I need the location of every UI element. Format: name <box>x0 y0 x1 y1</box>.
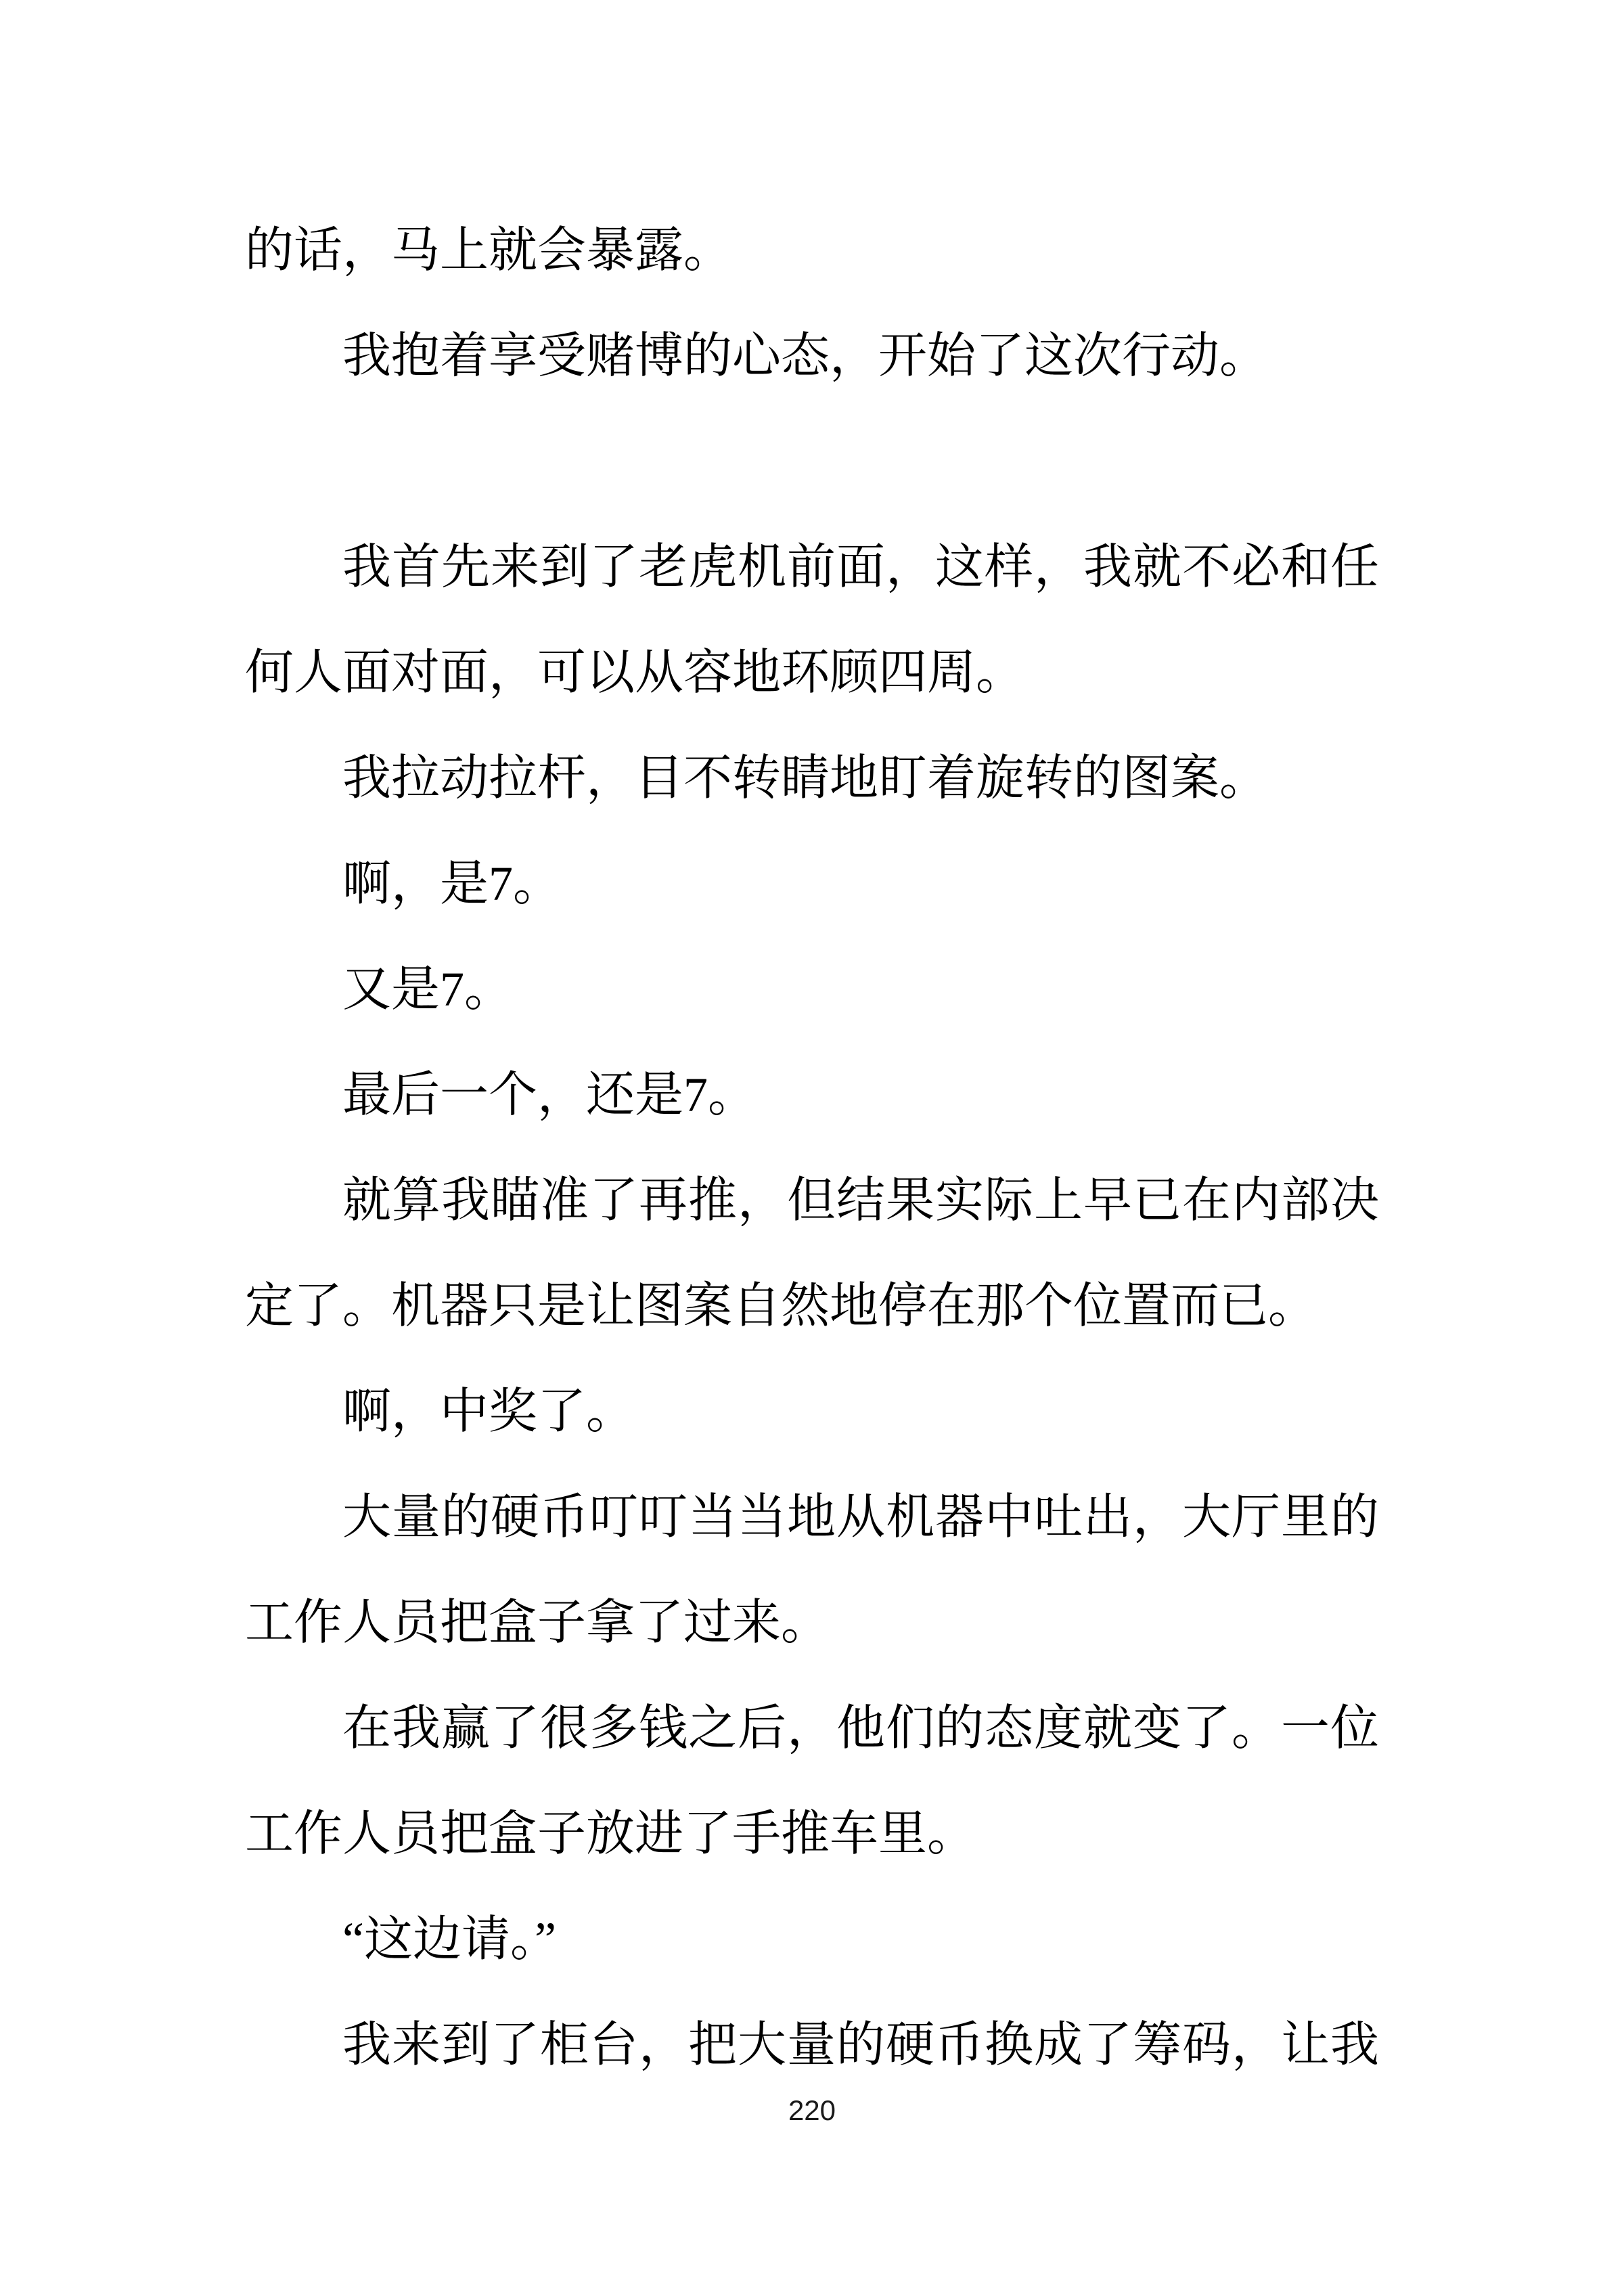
text-line: 工作人员把盒子拿了过来。 <box>245 1570 1379 1675</box>
text-line: 啊，是7。 <box>245 831 1379 937</box>
text-line: 工作人员把盒子放进了手推车里。 <box>245 1781 1379 1887</box>
text-block: 的话，马上就会暴露。我抱着享受赌博的心态，开始了这次行动。我首先来到了老虎机前面… <box>245 198 1379 2098</box>
text-line: 何人面对面，可以从容地环顾四周。 <box>245 620 1379 725</box>
text-line: 我来到了柜台，把大量的硬币换成了筹码，让我 <box>245 1992 1379 2098</box>
text-line: 啊，中奖了。 <box>245 1359 1379 1464</box>
text-line: 的话，马上就会暴露。 <box>245 198 1379 303</box>
text-line <box>245 409 1379 514</box>
text-line: 就算我瞄准了再推，但结果实际上早已在内部决 <box>245 1148 1379 1253</box>
text-line: 我抱着享受赌博的心态，开始了这次行动。 <box>245 303 1379 409</box>
text-line: 我首先来到了老虎机前面，这样，我就不必和任 <box>245 514 1379 620</box>
text-line: 又是7。 <box>245 937 1379 1042</box>
text-line: 在我赢了很多钱之后，他们的态度就变了。一位 <box>245 1675 1379 1781</box>
text-line: 我拉动拉杆，目不转睛地盯着旋转的图案。 <box>245 725 1379 831</box>
text-line: 最后一个，还是7。 <box>245 1042 1379 1148</box>
text-line: “这边请。” <box>245 1887 1379 1992</box>
text-line: 定了。机器只是让图案自然地停在那个位置而已。 <box>245 1253 1379 1359</box>
page-number: 220 <box>0 2094 1624 2128</box>
text-line: 大量的硬币叮叮当当地从机器中吐出，大厅里的 <box>245 1464 1379 1570</box>
book-page: 的话，马上就会暴露。我抱着享受赌博的心态，开始了这次行动。我首先来到了老虎机前面… <box>0 0 1624 2296</box>
